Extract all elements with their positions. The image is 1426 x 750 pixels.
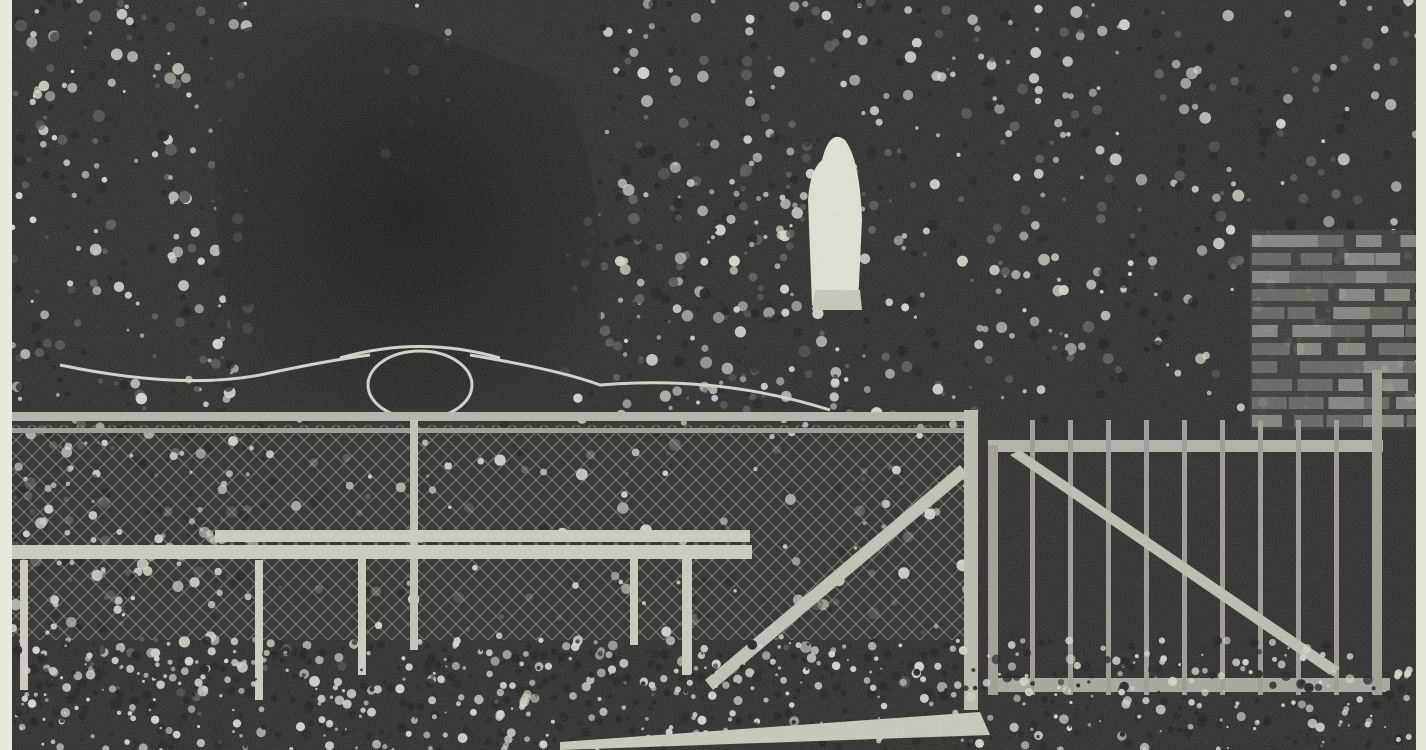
grotto-scene [0,0,1426,750]
photo-border-left [0,0,12,750]
photo-border-right [1416,0,1426,750]
photograph [0,0,1426,750]
film-grain [0,0,1426,750]
